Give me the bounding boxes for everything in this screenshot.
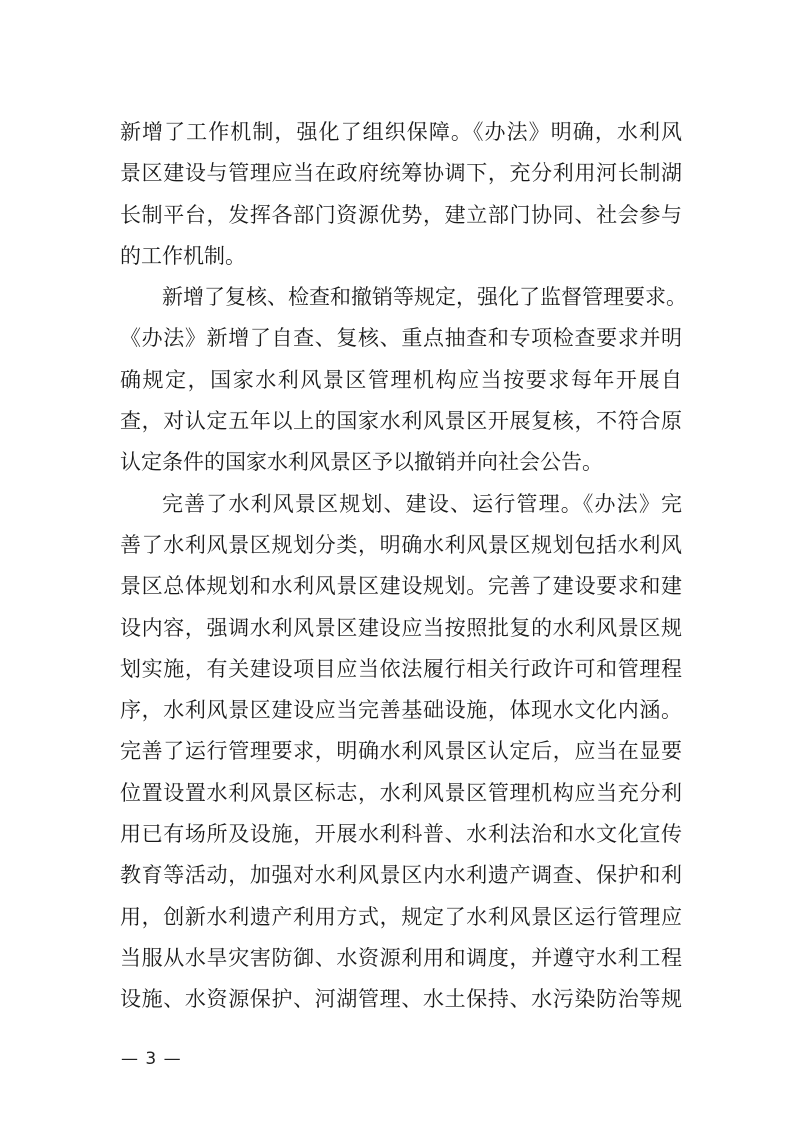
text-line: 设施、水资源保护、河湖管理、水土保持、水污染防治等规 xyxy=(120,979,682,1020)
text-line: 景区建设与管理应当在政府统筹协调下，充分利用河长制湖 xyxy=(120,153,682,194)
text-line: 新增了复核、检查和撤销等规定，强化了监督管理要求。 xyxy=(120,277,682,318)
text-line: 划实施，有关建设项目应当依法履行相关行政许可和管理程 xyxy=(120,649,682,690)
page-number: — 3 — xyxy=(121,1049,182,1069)
document-body: 新增了工作机制，强化了组织保障。《办法》明确，水利风 景区建设与管理应当在政府统… xyxy=(120,112,682,1021)
text-line: 用，创新水利遗产利用方式，规定了水利风景区运行管理应 xyxy=(120,897,682,938)
text-line: 用已有场所及设施，开展水利科普、水利法治和水文化宣传 xyxy=(120,814,682,855)
text-line: 的工作机制。 xyxy=(120,236,682,277)
text-line: 设内容，强调水利风景区建设应当按照批复的水利风景区规 xyxy=(120,608,682,649)
text-line: 完善了运行管理要求，明确水利风景区认定后，应当在显要 xyxy=(120,731,682,772)
text-line: 教育等活动，加强对水利风景区内水利遗产调查、保护和利 xyxy=(120,855,682,896)
text-line: 《办法》新增了自查、复核、重点抽查和专项检查要求并明 xyxy=(120,318,682,359)
text-line: 善了水利风景区规划分类，明确水利风景区规划包括水利风 xyxy=(120,525,682,566)
text-line: 序，水利风景区建设应当完善基础设施，体现水文化内涵。 xyxy=(120,690,682,731)
text-line: 位置设置水利风景区标志，水利风景区管理机构应当充分利 xyxy=(120,773,682,814)
text-line: 新增了工作机制，强化了组织保障。《办法》明确，水利风 xyxy=(120,112,682,153)
text-line: 完善了水利风景区规划、建设、运行管理。《办法》完 xyxy=(120,484,682,525)
text-line: 认定条件的国家水利风景区予以撤销并向社会公告。 xyxy=(120,442,682,483)
text-line: 查，对认定五年以上的国家水利风景区开展复核，不符合原 xyxy=(120,401,682,442)
document-page: 新增了工作机制，强化了组织保障。《办法》明确，水利风 景区建设与管理应当在政府统… xyxy=(0,0,800,1131)
text-line: 景区总体规划和水利风景区建设规划。完善了建设要求和建 xyxy=(120,566,682,607)
text-line: 当服从水旱灾害防御、水资源利用和调度，并遵守水利工程 xyxy=(120,938,682,979)
text-line: 确规定，国家水利风景区管理机构应当按要求每年开展自 xyxy=(120,360,682,401)
text-line: 长制平台，发挥各部门资源优势，建立部门协同、社会参与 xyxy=(120,195,682,236)
